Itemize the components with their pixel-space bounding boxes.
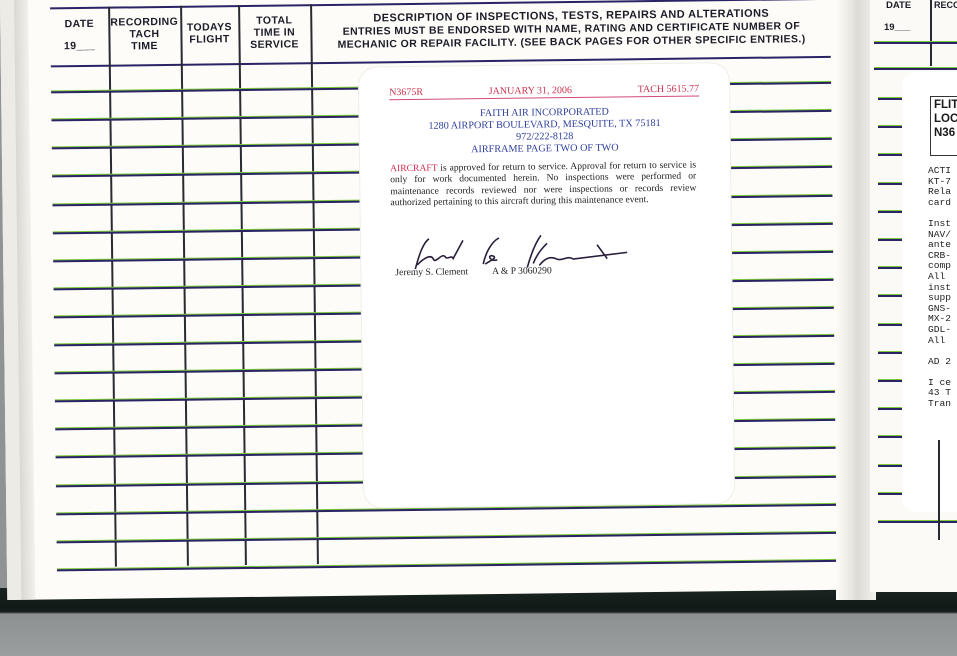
spacer xyxy=(50,30,108,41)
statement-lead: AIRCRAFT xyxy=(390,163,437,175)
right-row-line xyxy=(878,324,904,326)
ledger-table: DATE 19___ RECORDING TACH TIME TODAYS FL… xyxy=(50,0,830,7)
entry-header-line: N3675R JANUARY 31, 2006 TACH 5615.77 xyxy=(389,83,699,100)
right-row-line xyxy=(878,380,904,382)
right-row-line xyxy=(878,183,904,185)
right-sticker-body-text: ACTI KT-7 Rela card Inst NAV/ ante CRB- … xyxy=(928,166,951,410)
right-row-line xyxy=(878,352,904,354)
ledger-row-line xyxy=(57,560,837,572)
right-row-line xyxy=(878,126,904,128)
right-sticker-title: FLIT LOC N36 xyxy=(934,98,957,140)
col-header-date: DATE 19___ xyxy=(50,7,109,64)
right-row-line xyxy=(878,436,904,438)
right-title-line-2: LOC xyxy=(934,112,957,126)
left-logbook-page: DATE 19___ RECORDING TACH TIME TODAYS FL… xyxy=(0,0,855,600)
col-flight-label-2: FLIGHT xyxy=(180,33,238,46)
scanned-logbook: DATE 19___ RECORDING TACH TIME TODAYS FL… xyxy=(0,0,957,656)
signer-name: Jeremy S. Clement xyxy=(395,266,468,278)
signer-certificate: A & P 3060290 xyxy=(492,265,552,277)
col-total-label-3: SERVICE xyxy=(238,38,310,51)
grid-vline xyxy=(930,0,932,66)
tach-reading: TACH 5615.77 xyxy=(638,83,700,95)
tail-number: N3675R xyxy=(389,87,423,98)
col-total-label-2: TIME IN xyxy=(238,26,310,39)
page-edge xyxy=(14,0,35,600)
entry-date: JANUARY 31, 2006 xyxy=(489,85,572,97)
right-col-date-label: DATE xyxy=(886,0,911,11)
right-col-date-year: 19___ xyxy=(884,22,910,33)
right-row-line xyxy=(878,98,904,100)
right-row-line xyxy=(878,154,904,156)
col-date-year: 19___ xyxy=(50,40,108,53)
maintenance-entry-sticker: N3675R JANUARY 31, 2006 TACH 5615.77 FAI… xyxy=(359,63,734,507)
col-header-tach: RECORDING TACH TIME xyxy=(108,6,181,63)
grid-vline xyxy=(938,440,940,540)
right-row-line xyxy=(878,408,904,410)
col-tach-label-2: TACH xyxy=(108,28,180,41)
col-flight-label-1: TODAYS xyxy=(180,21,238,34)
statement-text: is approved for return to service. Appro… xyxy=(390,160,696,209)
right-row-line xyxy=(878,239,904,241)
col-header-flight: TODAYS FLIGHT xyxy=(180,5,239,62)
shop-info: FAITH AIR INCORPORATED 1280 AIRPORT BOUL… xyxy=(359,105,730,158)
right-title-line-3: N36 xyxy=(934,126,957,140)
col-header-total: TOTAL TIME IN SERVICE xyxy=(238,4,311,61)
right-row-line xyxy=(878,295,904,297)
col-tach-label-1: RECORDING xyxy=(108,16,180,29)
col-tach-label-3: TIME xyxy=(109,40,181,53)
signer-block: Jeremy S. Clement A & P 3060290 xyxy=(395,265,551,278)
right-row-line xyxy=(878,521,957,523)
ledger-row-line xyxy=(57,532,837,544)
col-header-description: DESCRIPTION OF INSPECTIONS, TESTS, REPAI… xyxy=(312,0,831,60)
right-title-line-1: FLIT xyxy=(934,98,957,112)
right-row-line xyxy=(878,211,904,213)
right-row-line xyxy=(878,267,904,269)
return-to-service-statement: AIRCRAFT is approved for return to servi… xyxy=(390,160,697,209)
col-total-label-1: TOTAL xyxy=(238,14,310,27)
grid-hline xyxy=(874,42,957,44)
right-col-recording-label: RECO xyxy=(934,0,957,10)
grid-hline xyxy=(874,68,957,70)
col-date-label: DATE xyxy=(50,18,108,31)
